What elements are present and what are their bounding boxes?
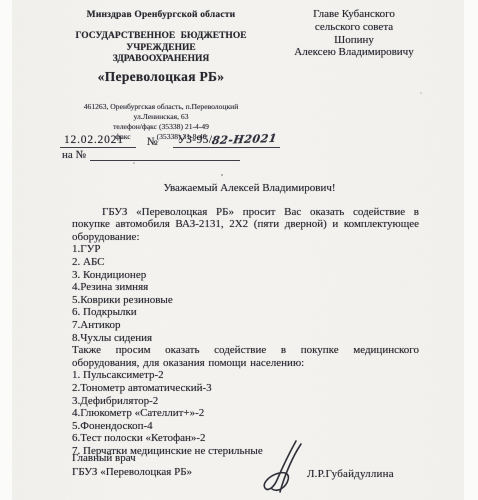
scan-speck (148, 129, 150, 131)
addressee-line-3: Шопину (278, 34, 430, 47)
scan-speck (420, 92, 422, 94)
letterhead: Минздрав Оренбургской области ГОСУДАРСТВ… (52, 10, 270, 142)
addressee-line-4: Алексею Владимировичу (278, 46, 430, 59)
medical-request-paragraph: Также просим оказать содействие в покупк… (72, 344, 419, 369)
list-item: 5.Коврики резиновые (72, 294, 419, 307)
list-item: 1.ГУР (72, 243, 419, 256)
request-paragraph: ГБУЗ «Переволоцкая РБ» просит Вас оказат… (72, 206, 419, 244)
letter-number-handwritten: 82-Н2021 (212, 132, 279, 147)
number-sign: № (147, 136, 158, 148)
list-item: 3. Кондиционер (72, 269, 419, 282)
list-item: 6.Тест полоски «Кетофан»-2 (72, 432, 419, 445)
list-item: 4.Резина зимняя (72, 281, 419, 294)
list-item: 5.Фонендоскоп-4 (72, 420, 419, 433)
signer-title-line-1: Главный врач (72, 452, 432, 466)
signer-name: Л.Р.Губайдуллина (307, 468, 394, 482)
organization-name-block: ГОСУДАРСТВЕННОЕ БЮДЖЕТНОЕ УЧРЕЖДЕНИЕ ЗДР… (52, 31, 270, 66)
org-line-1: ГОСУДАРСТВЕННОЕ БЮДЖЕТНОЕ (52, 31, 270, 43)
list-item: 6. Подкрылки (72, 306, 419, 319)
letter-body: Уважаемый Алексей Владимирович! ГБУЗ «Пе… (72, 182, 419, 457)
reply-number-blank (90, 149, 240, 161)
addressee-block: Главе Кубанского сельского совета Шопину… (278, 8, 430, 59)
signature-block: Главный врач ГБУЗ «Переволоцкая РБ» Л.Р.… (72, 452, 432, 479)
address-line-2: ул.Ленинская, 63 (52, 112, 270, 122)
list-item: 3.Дефибрилятор-2 (72, 395, 419, 408)
reply-label: на № (62, 149, 86, 161)
letter-date: 12.02.2021 (60, 134, 136, 148)
letter-number: УЗ-95/82-Н2021 (173, 133, 281, 148)
scan-speck (221, 174, 223, 176)
letter-number-printed: УЗ-95/ (178, 134, 213, 146)
address-line-1: 461263, Оренбургская область, п.Переволо… (52, 102, 270, 112)
phone-line: телефон/факс (35338) 21-4-49 (52, 122, 270, 132)
scanned-letter-page: { "letterhead": { "ministry": "Минздрав … (0, 0, 478, 500)
addressee-line-1: Главе Кубанского (278, 8, 430, 21)
org-line-3: ЗДРАВООХРАНЕНИЯ (52, 54, 270, 66)
org-short-name: «Переволоцкая РБ» (52, 69, 270, 85)
list-item: 8.Чухлы сидения (72, 332, 419, 345)
salutation: Уважаемый Алексей Владимирович! (72, 182, 419, 195)
list-item: 4.Глюкометр «Сателлит+»-2 (72, 407, 419, 420)
org-line-2: УЧРЕЖДЕНИЕ (52, 43, 270, 55)
car-equipment-list: 1.ГУР 2. АБС 3. Кондиционер 4.Резина зим… (72, 243, 419, 344)
signature-scribble-icon (255, 438, 307, 496)
ministry-line: Минздрав Оренбургской области (52, 10, 270, 20)
reply-reference-row: на № (62, 149, 240, 161)
reference-row: 12.02.2021 № УЗ-95/82-Н2021 (60, 133, 280, 148)
list-item: 1. Пульсаксиметр-2 (72, 369, 419, 382)
medical-equipment-list: 1. Пульсаксиметр-2 2.Тонометр автоматиче… (72, 369, 419, 457)
scan-speck (133, 162, 135, 164)
list-item: 2. АБС (72, 256, 419, 269)
list-item: 2.Тонометр автоматический-3 (72, 382, 419, 395)
list-item: 7.Антикор (72, 319, 419, 332)
addressee-line-2: сельского совета (278, 21, 430, 34)
